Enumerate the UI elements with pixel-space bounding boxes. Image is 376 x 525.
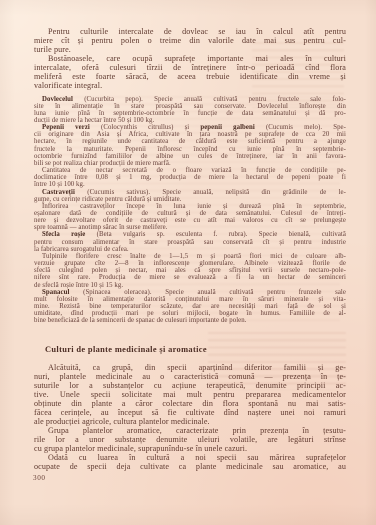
text-line: Odată cu luarea în cultură a noi specii … xyxy=(34,453,346,462)
text-line: fructele la maturitate. Pepenii înflores… xyxy=(34,146,346,153)
scanned-book-page: Pentru culturile intercalate de dovleac … xyxy=(0,0,376,525)
text-line: meliferă este foarte săracă, de aceea tr… xyxy=(34,72,346,81)
text-line: nifere sînt rare. Producția de miere se … xyxy=(34,274,346,281)
text-line: Castraveții (Cucumis sativus). Specie an… xyxy=(34,189,346,196)
text-line: site în alimentație în stare proaspătă s… xyxy=(34,103,346,110)
body-text-block: Pentru culturile intercalate de dovleac … xyxy=(34,27,346,90)
text-line: intercalate, oferă culesuri tîrzii de în… xyxy=(34,63,346,72)
text-line: ocupate de specii deja cultivate ca plan… xyxy=(34,462,346,471)
text-line: Pepenii verzi (Colocynthis citrullus) și… xyxy=(34,124,346,131)
text-line: Spanacul (Spinacea oleracea). Specie anu… xyxy=(34,289,346,296)
section-heading: Culturi de plante medicinale și aromatic… xyxy=(45,345,346,355)
text-line: suturile lor a substanțelor cu acțiune t… xyxy=(34,381,346,390)
text-line: Dovlecelul (Cucurbita pepo). Specie anua… xyxy=(34,96,346,103)
text-line: verzuie grupate cîte 2—8 în inflorescenț… xyxy=(34,260,346,267)
text-line: făcea cerințele, au început să fie culti… xyxy=(34,408,346,417)
text-line: nere și dezvoltare oferit de castraveți … xyxy=(34,217,346,224)
text-line: obținute din plante a căror colectare di… xyxy=(34,399,346,408)
text-line: luna iunie pînă în septembrie-octombrie … xyxy=(34,110,346,117)
text-line: la fabricarea surogatului de cafea. xyxy=(34,246,346,253)
text-line: cii originare din Asia și Africa, cultiv… xyxy=(34,131,346,138)
text-line: cu grupa plantelor medicinale, suprapunî… xyxy=(34,444,346,453)
text-line: sfeclă culegînd polen și nectar, mai ale… xyxy=(34,267,346,274)
text-line: Bostănoasele, care ocupă suprafețe impor… xyxy=(34,54,346,63)
text-line: Pentru culturile intercalate de dovleac … xyxy=(34,27,346,36)
text-line: între 10 și 100 kg. xyxy=(34,181,346,188)
text-line: Sfecla roșie (Beta vulgaris sp. esculent… xyxy=(34,231,346,238)
text-line: octombrie furnizînd familiilor de albine… xyxy=(34,153,346,160)
text-line: de sfeclă roșie între 10 și 15 kg. xyxy=(34,282,346,289)
text-line: ducții de miere la hectar între 50 și 10… xyxy=(34,117,346,124)
text-line: doclimatice între 0,08 și 1 mg, producți… xyxy=(34,174,346,181)
text-line: ale producției agricole, cultura plantel… xyxy=(34,417,346,426)
text-line: nuri, plantele medicinale au o caracteri… xyxy=(34,372,346,381)
text-line: pentru consum alimentar în stare proaspă… xyxy=(34,239,346,246)
text-line: eșalonare dată de condițiile de cultură … xyxy=(34,210,346,217)
text-line: bine beneficiază de la semincerii de spa… xyxy=(34,317,346,324)
text-line: Cantitatea de nectar secretată de o floa… xyxy=(34,167,346,174)
body-text-block: Alcătuită, ca grupă, din specii aparținî… xyxy=(34,363,346,471)
text-line: Alcătuită, ca grupă, din specii aparținî… xyxy=(34,363,346,372)
page-number: 300 xyxy=(33,474,46,482)
text-line: Tulpinile florifere cresc înalte de 1—1,… xyxy=(34,253,346,260)
text-line: valorificate integral. xyxy=(34,81,346,90)
text-line: mine. Rezistă bine temperaturilor scăzut… xyxy=(34,303,346,310)
petit-text-block: Dovlecelul (Cucurbita pepo). Specie anua… xyxy=(34,96,346,325)
text-line: gume, cu cerințe ridicate pentru căldură… xyxy=(34,196,346,203)
text-line: Grupa plantelor aromatice, caracterizate… xyxy=(34,426,346,435)
text-line: turile pure. xyxy=(34,45,346,54)
text-line: tive. Unele specii solicitate mai mult p… xyxy=(34,390,346,399)
text-line: mult folosite în alimentație datorită co… xyxy=(34,296,346,303)
text-line: hectare, în regiunile unde cantitatea de… xyxy=(34,138,346,145)
text-line: Înflorirea castraveților începe în luna … xyxy=(34,203,346,210)
text-line: miere cît și pentru polen o treime din v… xyxy=(34,36,346,45)
text-line: umiditate, dînd producții mari pe soluri… xyxy=(34,310,346,317)
text-column: Pentru culturile intercalate de dovleac … xyxy=(34,27,346,471)
text-line: rile lor a unor substanțe denumite uleiu… xyxy=(34,435,346,444)
text-line: bili se pot realiza chiar producții de m… xyxy=(34,160,346,167)
text-line: spre toamnă — anotimp sărac în surse mel… xyxy=(34,224,346,231)
